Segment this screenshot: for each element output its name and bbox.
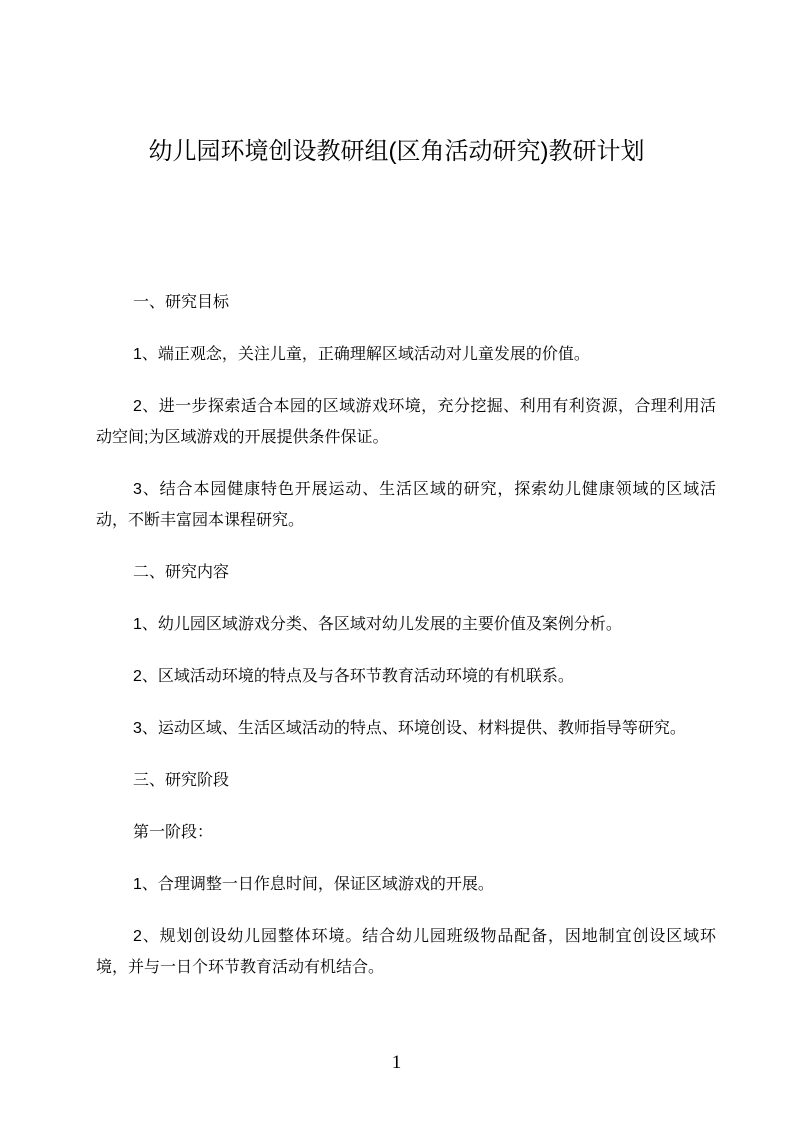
page-number: 1 — [0, 1051, 793, 1075]
document-page: 幼儿园环境创设教研组(区角活动研究)教研计划 一、研究目标 1、端正观念，关注儿… — [0, 0, 793, 1122]
content-item-2: 2、区域活动环境的特点及与各环节教育活动环境的有机联系。 — [96, 661, 716, 692]
goal-item-1: 1、端正观念，关注儿童，正确理解区域活动对儿童发展的价值。 — [96, 339, 716, 370]
stage-one-item-1: 1、合理调整一日作息时间，保证区域游戏的开展。 — [96, 869, 716, 900]
document-title: 幼儿园环境创设教研组(区角活动研究)教研计划 — [0, 136, 793, 168]
goal-item-3: 3、结合本园健康特色开展运动、生活区域的研究，探索幼儿健康领域的区域活动，不断丰… — [96, 474, 716, 536]
heading-research-content: 二、研究内容 — [96, 557, 716, 588]
content-item-3: 3、运动区域、生活区域活动的特点、环境创设、材料提供、教师指导等研究。 — [96, 713, 716, 744]
goal-item-2: 2、进一步探索适合本园的区域游戏环境，充分挖掘、利用有利资源，合理利用活动空间;… — [96, 391, 716, 453]
heading-research-stages: 三、研究阶段 — [96, 765, 716, 796]
stage-one-item-2: 2、规划创设幼儿园整体环境。结合幼儿园班级物品配备，因地制宜创设区域环境，并与一… — [96, 921, 716, 983]
content-item-1: 1、幼儿园区域游戏分类、各区域对幼儿发展的主要价值及案例分析。 — [96, 609, 716, 640]
stage-one-label: 第一阶段： — [96, 817, 716, 848]
heading-research-goals: 一、研究目标 — [96, 287, 716, 318]
